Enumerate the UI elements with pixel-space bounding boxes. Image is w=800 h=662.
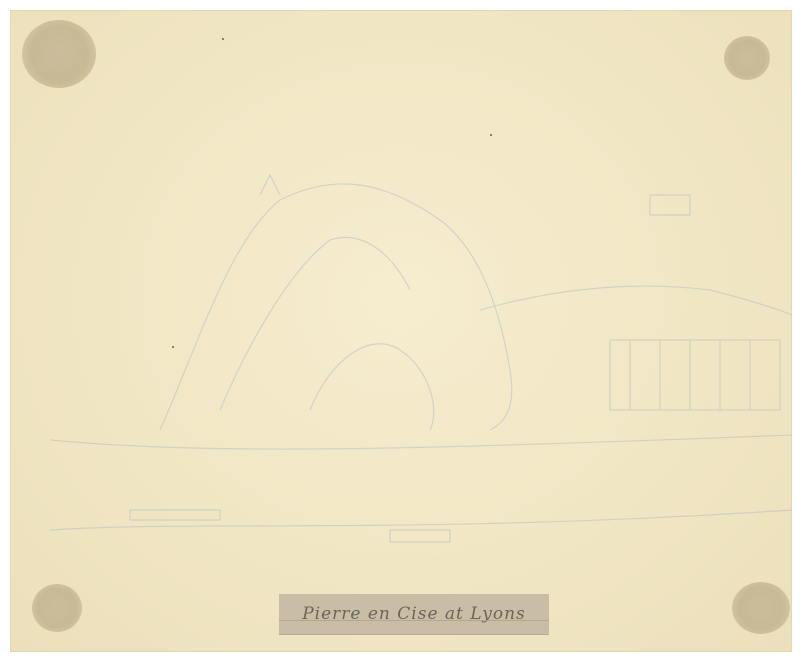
paper-speck [222,38,224,40]
paper-speck [490,134,492,136]
paper-speck [172,346,174,348]
paper-sheet [10,10,792,652]
adhesive-stain-top-right [724,36,770,80]
adhesive-stain-bottom-left [32,584,82,632]
title-label-strip: Pierre en Cise at Lyons [279,594,549,634]
show-through-drawing [10,10,792,652]
label-text: Pierre en Cise at Lyons [302,604,526,624]
adhesive-stain-top-left [22,20,96,88]
label-ruled-line [279,620,549,621]
adhesive-stain-bottom-right [732,582,790,634]
